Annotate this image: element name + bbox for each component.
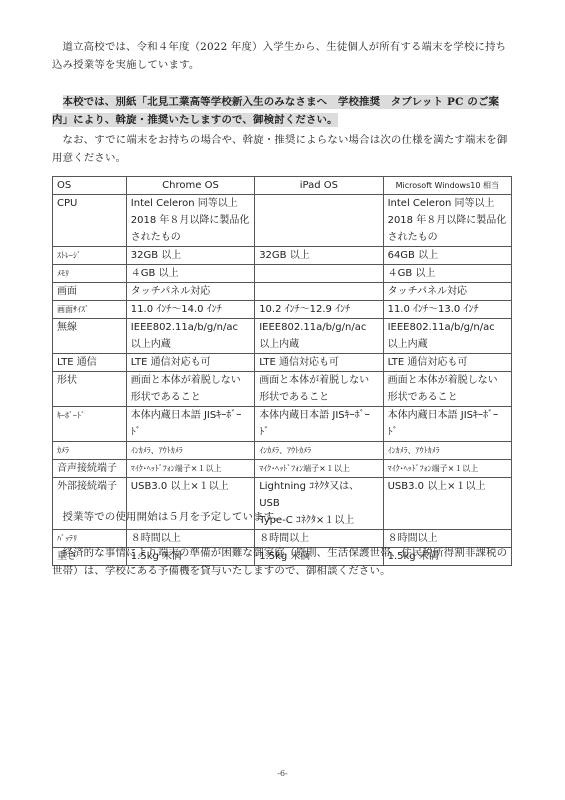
table-cell: 32GB 以上	[126, 247, 254, 265]
table-cell: 画面と本体が着脱しない 形状であること	[383, 372, 511, 407]
row-label: CPU	[53, 195, 127, 247]
table-row: 形状画面と本体が着脱しない 形状であること画面と本体が着脱しない 形状であること…	[53, 372, 512, 407]
table-row: ﾒﾓﾘ４GB 以上４GB 以上	[53, 265, 512, 283]
header-os: OS	[53, 177, 127, 195]
row-label: 画面ｻｲｽﾞ	[53, 301, 127, 319]
start-paragraph: 授業等での使用開始は５月を予定しています。	[52, 508, 514, 526]
table-cell: 11.0 ｲﾝﾁ～14.0 ｲﾝﾁ	[126, 301, 254, 319]
row-label: 画面	[53, 283, 127, 301]
table-row: LTE 通信LTE 通信対応も可LTE 通信対応も可LTE 通信対応も可	[53, 354, 512, 372]
row-label: LTE 通信	[53, 354, 127, 372]
header-chrome-os: Chrome OS	[126, 177, 254, 195]
table-cell	[255, 265, 383, 283]
table-cell: IEEE802.11a/b/g/n/ac 以上内蔵	[126, 319, 254, 354]
table-row: 音声接続端子ﾏｲｸ･ﾍｯﾄﾞﾌｫﾝ端子×１以上ﾏｲｸ･ﾍｯﾄﾞﾌｫﾝ端子×１以上…	[53, 460, 512, 478]
table-cell: Intel Celeron 同等以上 2018 年８月以降に製品化 されたもの	[383, 195, 511, 247]
table-cell: ｲﾝｶﾒﾗ、ｱｳﾄｶﾒﾗ	[255, 442, 383, 460]
table-cell: ４GB 以上	[126, 265, 254, 283]
table-cell: 32GB 以上	[255, 247, 383, 265]
table-cell: LTE 通信対応も可	[126, 354, 254, 372]
note-paragraph: なお、すでに端末をお持ちの場合や、斡旋・推奨によらない場合は次の仕様を満たす端末…	[52, 131, 514, 167]
table-cell: ﾏｲｸ･ﾍｯﾄﾞﾌｫﾝ端子×１以上	[383, 460, 511, 478]
table-cell: タッチパネル対応	[126, 283, 254, 301]
table-cell: LTE 通信対応も可	[255, 354, 383, 372]
row-label: ﾒﾓﾘ	[53, 265, 127, 283]
header-ipad-os: iPad OS	[255, 177, 383, 195]
row-label: ｷｰﾎﾞｰﾄﾞ	[53, 407, 127, 442]
table-row: 画面ｻｲｽﾞ11.0 ｲﾝﾁ～14.0 ｲﾝﾁ10.2 ｲﾝﾁ～12.9 ｲﾝﾁ…	[53, 301, 512, 319]
table-cell: 11.0 ｲﾝﾁ～13.0 ｲﾝﾁ	[383, 301, 511, 319]
support-paragraph: 経済的な事情により端末の準備が困難な御家庭（原則、生活保護世帯、住民税所得割非課…	[52, 544, 514, 580]
table-row: ｷｰﾎﾞｰﾄﾞ本体内蔵日本語 JISｷｰﾎﾞｰﾄﾞ本体内蔵日本語 JISｷｰﾎﾞ…	[53, 407, 512, 442]
table-row: 画面タッチパネル対応タッチパネル対応	[53, 283, 512, 301]
table-cell: 64GB 以上	[383, 247, 511, 265]
table-cell: 10.2 ｲﾝﾁ～12.9 ｲﾝﾁ	[255, 301, 383, 319]
table-cell: 画面と本体が着脱しない 形状であること	[126, 372, 254, 407]
table-cell: ﾏｲｸ･ﾍｯﾄﾞﾌｫﾝ端子×１以上	[126, 460, 254, 478]
intro-paragraph: 道立高校では、令和４年度（2022 年度）入学生から、生徒個人が所有する端末を学…	[52, 38, 514, 74]
table-cell: LTE 通信対応も可	[383, 354, 511, 372]
table-cell: ４GB 以上	[383, 265, 511, 283]
table-cell: IEEE802.11a/b/g/n/ac 以上内蔵	[255, 319, 383, 354]
table-cell	[255, 195, 383, 247]
table-cell: 画面と本体が着脱しない 形状であること	[255, 372, 383, 407]
table-cell: ｲﾝｶﾒﾗ、ｱｳﾄｶﾒﾗ	[126, 442, 254, 460]
table-cell: IEEE802.11a/b/g/n/ac 以上内蔵	[383, 319, 511, 354]
table-cell: 本体内蔵日本語 JISｷｰﾎﾞｰﾄﾞ	[255, 407, 383, 442]
row-label: 形状	[53, 372, 127, 407]
row-label: 無線	[53, 319, 127, 354]
recommendation-paragraph: 本校では、別紙「北見工業高等学校新入生のみなさまへ 学校推奨 タブレット PC …	[52, 93, 514, 129]
recommendation-highlight: 本校では、別紙「北見工業高等学校新入生のみなさまへ 学校推奨 タブレット PC …	[52, 95, 499, 127]
table-row: ｶﾒﾗｲﾝｶﾒﾗ、ｱｳﾄｶﾒﾗｲﾝｶﾒﾗ、ｱｳﾄｶﾒﾗｲﾝｶﾒﾗ、ｱｳﾄｶﾒﾗ	[53, 442, 512, 460]
table-cell	[255, 283, 383, 301]
table-cell: Intel Celeron 同等以上 2018 年８月以降に製品化 されたもの	[126, 195, 254, 247]
row-label: ｽﾄﾚｰｼﾞ	[53, 247, 127, 265]
table-cell: 本体内蔵日本語 JISｷｰﾎﾞｰﾄﾞ	[383, 407, 511, 442]
table-cell: ｲﾝｶﾒﾗ、ｱｳﾄｶﾒﾗ	[383, 442, 511, 460]
table-cell: タッチパネル対応	[383, 283, 511, 301]
row-label: 音声接続端子	[53, 460, 127, 478]
row-label: ｶﾒﾗ	[53, 442, 127, 460]
table-row: 無線IEEE802.11a/b/g/n/ac 以上内蔵IEEE802.11a/b…	[53, 319, 512, 354]
page-number: -6-	[0, 769, 565, 778]
table-row: CPUIntel Celeron 同等以上 2018 年８月以降に製品化 された…	[53, 195, 512, 247]
table-row: ｽﾄﾚｰｼﾞ32GB 以上32GB 以上64GB 以上	[53, 247, 512, 265]
header-windows: Microsoft Windows10 相当	[383, 177, 511, 195]
table-cell: ﾏｲｸ･ﾍｯﾄﾞﾌｫﾝ端子×１以上	[255, 460, 383, 478]
table-header-row: OS Chrome OS iPad OS Microsoft Windows10…	[53, 177, 512, 195]
table-cell: 本体内蔵日本語 JISｷｰﾎﾞｰﾄﾞ	[126, 407, 254, 442]
